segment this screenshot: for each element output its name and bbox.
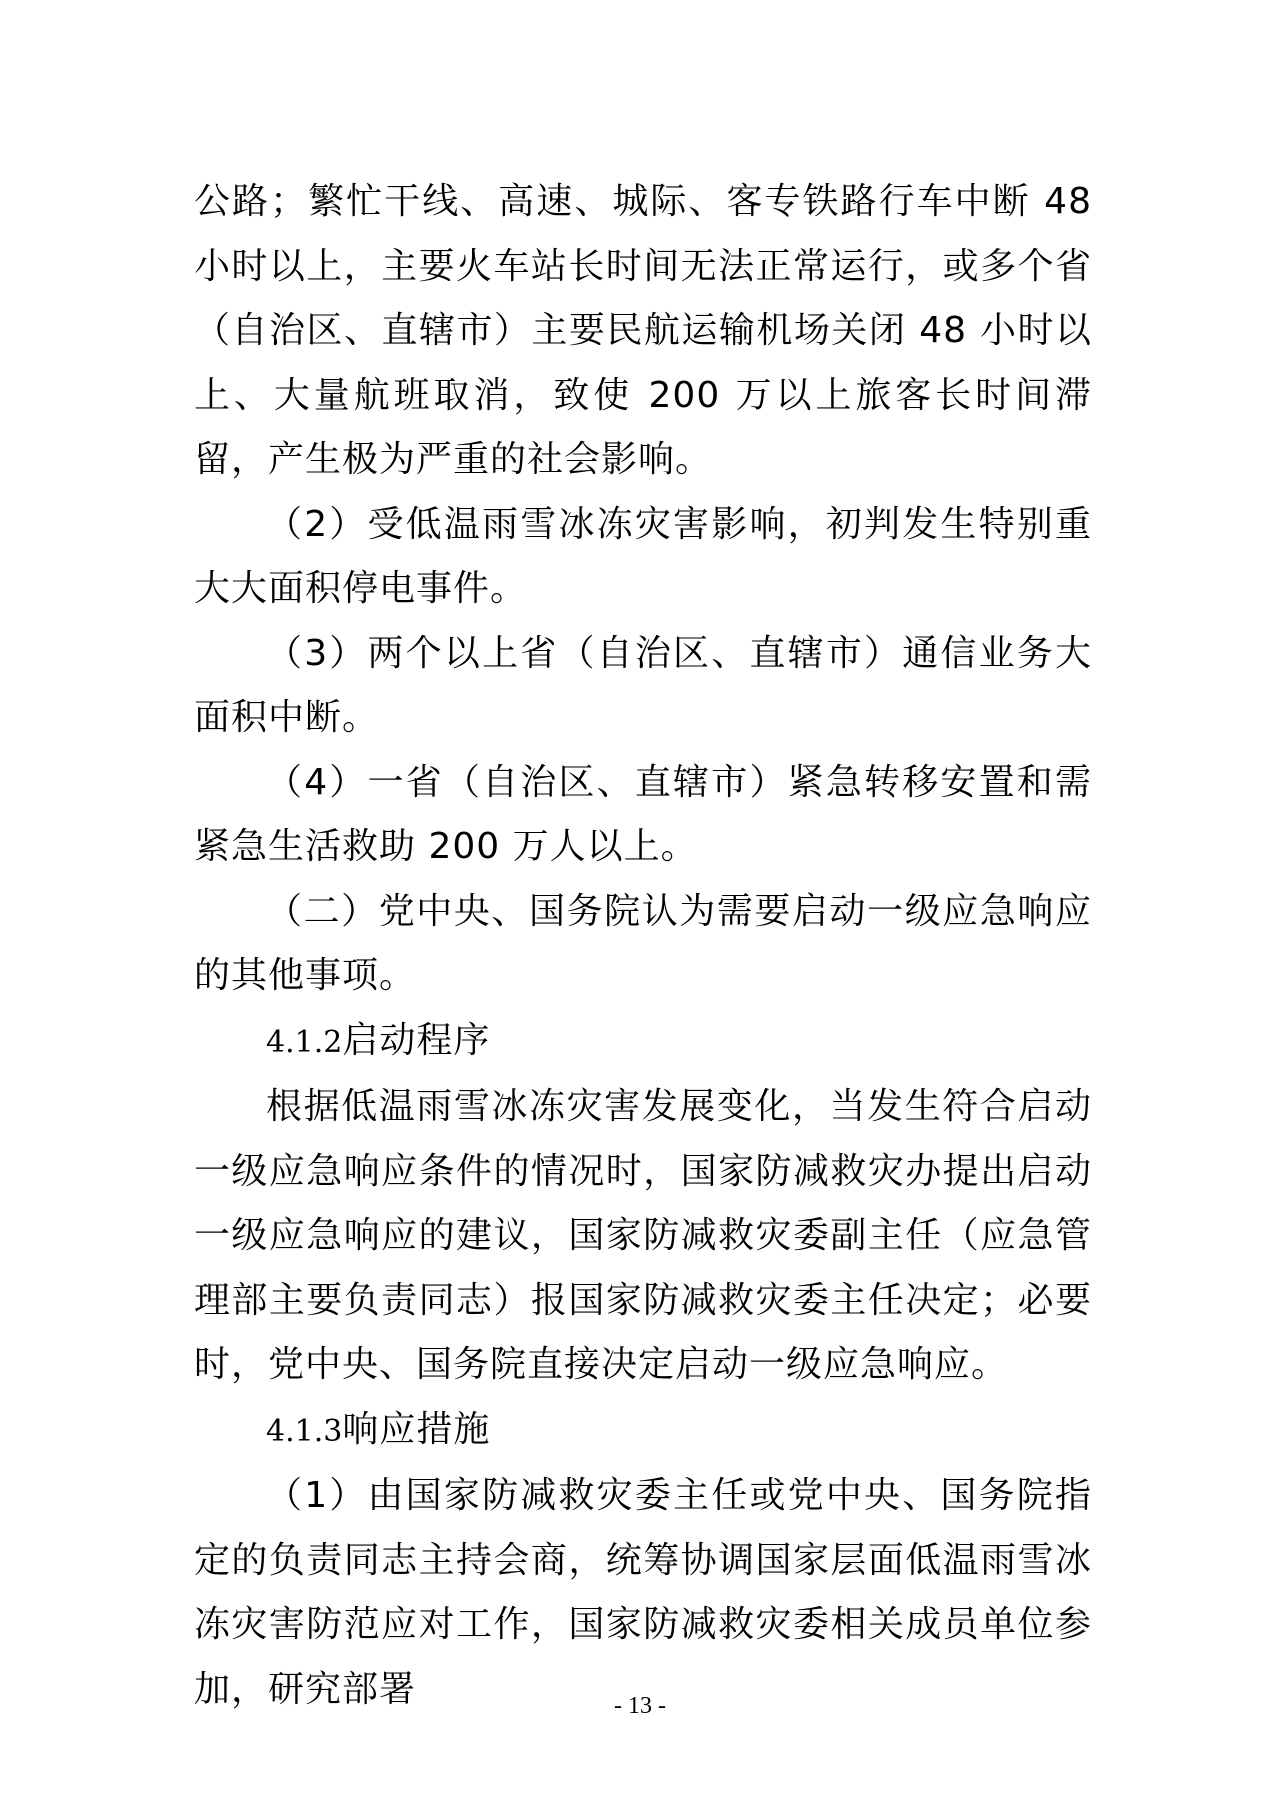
paragraph-startup-procedure: 根据低温雨雪冰冻灾害发展变化，当发生符合启动一级应急响应条件的情况时，国家防减救…: [194, 1075, 1092, 1398]
paragraph-section-2-other-matters: （二）党中央、国务院认为需要启动一级应急响应的其他事项。: [194, 880, 1092, 1009]
paragraph-transport-impact: 公路；繁忙干线、高速、城际、客专铁路行车中断 48 小时以上，主要火车站长时间无…: [194, 170, 1092, 493]
section-heading-4-1-2: 4.1.2启动程序: [194, 1009, 1092, 1076]
document-body: 公路；繁忙干线、高速、城际、客专铁路行车中断 48 小时以上，主要火车站长时间无…: [194, 170, 1092, 1722]
paragraph-item-2-power-outage: （2）受低温雨雪冰冻灾害影响，初判发生特别重大大面积停电事件。: [194, 493, 1092, 622]
paragraph-response-measure-1: （1）由国家防减救灾委主任或党中央、国务院指定的负责同志主持会商，统筹协调国家层…: [194, 1464, 1092, 1722]
section-title: 启动程序: [342, 1020, 490, 1061]
section-heading-4-1-3: 4.1.3响应措施: [194, 1398, 1092, 1465]
section-number: 4.1.3: [266, 1414, 342, 1449]
page-number: - 13 -: [0, 1693, 1280, 1720]
section-title: 响应措施: [342, 1409, 490, 1450]
section-number: 4.1.2: [266, 1025, 342, 1060]
document-page: 公路；繁忙干线、高速、城际、客专铁路行车中断 48 小时以上，主要火车站长时间无…: [0, 0, 1280, 1809]
paragraph-item-4-relocation: （4）一省（自治区、直辖市）紧急转移安置和需紧急生活救助 200 万人以上。: [194, 751, 1092, 880]
paragraph-item-3-communications: （3）两个以上省（自治区、直辖市）通信业务大面积中断。: [194, 622, 1092, 751]
